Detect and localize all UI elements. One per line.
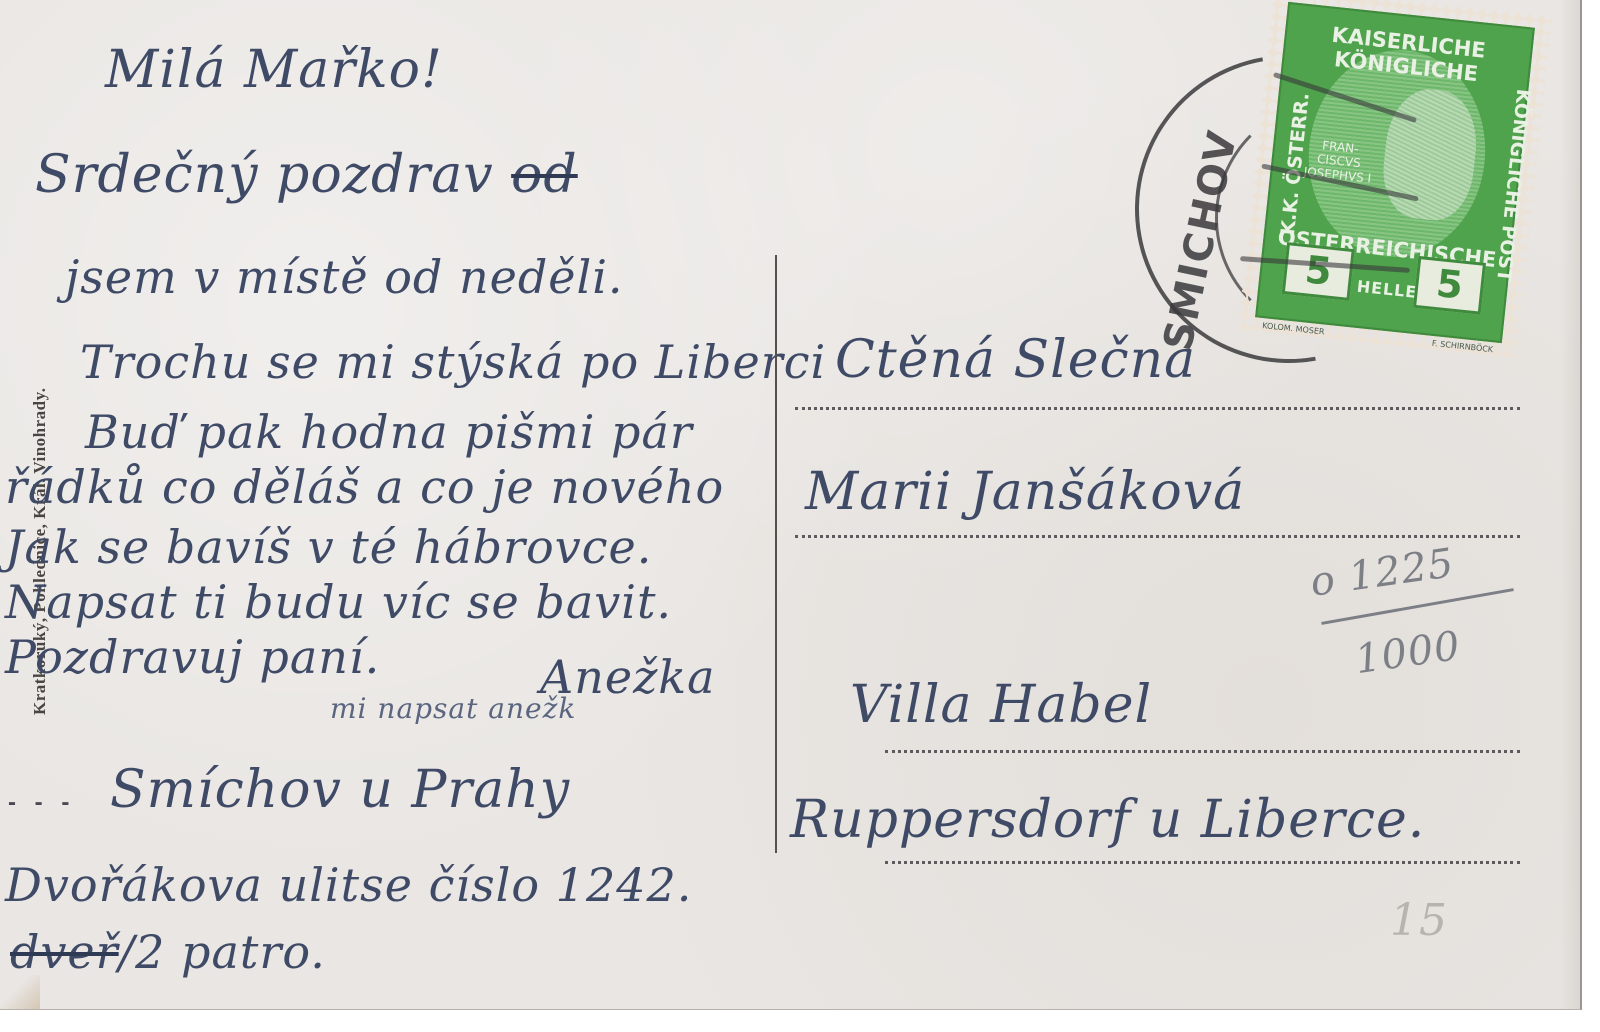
address-line-2 bbox=[795, 535, 1520, 538]
address-salutation: Ctěná Slečna bbox=[835, 330, 1196, 390]
address-town: Ruppersdorf u Liberce. bbox=[790, 790, 1425, 850]
stamp-value-left: 5 bbox=[1282, 242, 1355, 301]
struck-word: dveř bbox=[10, 925, 119, 979]
sender-floor-text: /2 patro. bbox=[119, 925, 326, 979]
sender-floor: dveř/2 patro. bbox=[10, 925, 326, 979]
left-dash-marks: - - - bbox=[8, 789, 75, 817]
postcard-back: Kratkoruký, Pohlednice, Král. Vinohrady.… bbox=[0, 0, 1582, 1010]
address-line-4 bbox=[885, 861, 1520, 864]
pencil-note-price: o 1225 bbox=[1308, 540, 1458, 606]
address-house: Villa Habel bbox=[850, 675, 1152, 735]
message-line-1: Srdečný pozdrav od bbox=[35, 145, 578, 205]
address-name: Marii Janšáková bbox=[805, 462, 1245, 522]
pencil-note-faint: 15 bbox=[1390, 895, 1448, 946]
message-line-8: Pozdravuj paní. bbox=[5, 630, 380, 684]
vertical-divider bbox=[775, 255, 777, 853]
message-greeting: Milá Mařko! bbox=[105, 40, 443, 100]
message-line-text: Srdečný pozdrav bbox=[35, 145, 494, 205]
message-line-2: jsem v místě od neděli. bbox=[65, 250, 624, 304]
message-line-4: Buď pak hodna pišmi pár bbox=[85, 405, 693, 459]
address-line-3 bbox=[885, 750, 1520, 753]
sender-street: Dvořákova ulitse číslo 1242. bbox=[5, 858, 692, 912]
stamp-value-right: 5 bbox=[1413, 256, 1486, 315]
stamp-denomination: HELLER bbox=[1356, 277, 1410, 301]
message-line-3: Trochu se mi stýská po Liberci bbox=[80, 335, 826, 389]
postage-stamp: KAISERLICHE KÖNIGLICHE K.K. ÖSTERR. KÖNI… bbox=[1238, 0, 1553, 359]
message-line-5: řádků co děláš a co je nového bbox=[5, 460, 724, 514]
message-line-7: Napsat ti budu víc se bavit. bbox=[5, 575, 672, 629]
worn-corner bbox=[0, 975, 40, 1009]
struck-word: od bbox=[511, 145, 578, 205]
message-line-6: Jak se bavíš v té hábrovce. bbox=[5, 520, 652, 574]
sender-city: Smíchov u Prahy bbox=[110, 760, 570, 820]
pencil-note-number: 1000 bbox=[1352, 623, 1463, 683]
address-line-1 bbox=[795, 407, 1520, 410]
worn-edge bbox=[1560, 0, 1580, 1009]
postscript: mi napsat anežk bbox=[330, 692, 576, 725]
